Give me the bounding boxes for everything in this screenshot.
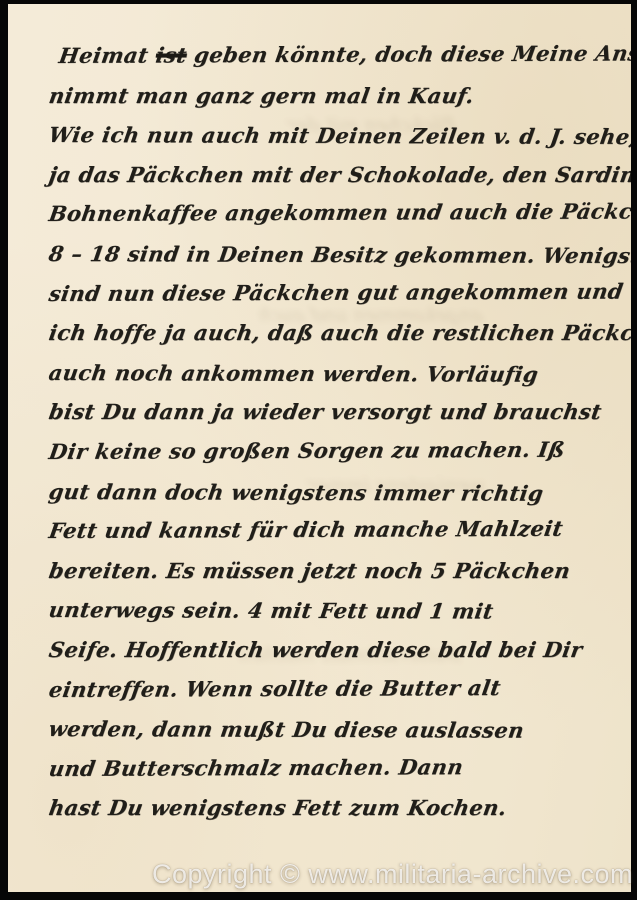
scanned-letter-page: { "document": { "kind": "handwritten-let… bbox=[0, 0, 637, 900]
letter-body: Heimat ist geben könnte, doch diese Mein… bbox=[8, 4, 631, 892]
handwritten-text: Heimat bbox=[57, 43, 158, 68]
handwritten-line: bist Du dann ja wieder versorgt und brau… bbox=[46, 392, 623, 432]
handwritten-line: auch noch ankommen werden. Vorläufig bbox=[46, 353, 622, 395]
struck-out-word: ist bbox=[154, 42, 189, 67]
handwritten-text: 8 – 18 sind in Deinen Besitz gekommen. W… bbox=[47, 241, 631, 268]
handwritten-text: nimmt man ganz gern mal in Kauf. bbox=[47, 83, 476, 108]
handwritten-text: bereiten. Es müssen jetzt noch 5 Päckche… bbox=[47, 558, 572, 583]
letter-paper: Päckchen mit der angekommen und auch wen… bbox=[8, 4, 631, 892]
handwritten-line: Wie ich nun auch mit Deinen Zeilen v. d.… bbox=[46, 115, 622, 157]
handwritten-text: gut dann doch wenigstens immer richtig bbox=[47, 479, 545, 506]
handwritten-line: Seife. Hoffentlich werden diese bald bei… bbox=[46, 630, 623, 670]
handwritten-text: ich hoffe ja auch, daß auch die restlich… bbox=[47, 320, 631, 345]
handwritten-line: ja das Päckchen mit der Schokolade, den … bbox=[46, 155, 623, 195]
handwritten-line: eintreffen. Wenn sollte die Butter alt bbox=[46, 667, 623, 709]
handwritten-text: unterwegs sein. 4 mit Fett und 1 mit bbox=[47, 597, 495, 624]
handwritten-line: nimmt man ganz gern mal in Kauf. bbox=[46, 76, 623, 116]
handwritten-text: sind nun diese Päckchen gut angekommen u… bbox=[47, 278, 625, 306]
handwritten-line: 8 – 18 sind in Deinen Besitz gekommen. W… bbox=[46, 234, 622, 276]
handwritten-line: Dir keine so großen Sorgen zu machen. Iß bbox=[46, 429, 623, 471]
handwritten-text: und Butterschmalz machen. Dann bbox=[47, 754, 465, 781]
handwritten-line: hast Du wenigstens Fett zum Kochen. bbox=[46, 788, 623, 828]
handwritten-line: unterwegs sein. 4 mit Fett und 1 mit bbox=[46, 590, 622, 632]
handwritten-line: Heimat ist geben könnte, doch diese Mein… bbox=[46, 34, 623, 76]
handwritten-text: geben könnte, doch diese Meine Ansicht bbox=[185, 40, 631, 67]
handwritten-text: Dir keine so großen Sorgen zu machen. Iß bbox=[47, 437, 567, 464]
handwritten-text: werden, dann mußt Du diese auslassen bbox=[47, 716, 526, 743]
handwritten-line: Bohnenkaffee angekommen und auch die Päc… bbox=[46, 192, 623, 234]
handwritten-text: Bohnenkaffee angekommen und auch die Päc… bbox=[47, 199, 631, 227]
handwritten-line: und Butterschmalz machen. Dann bbox=[46, 746, 623, 788]
handwritten-line: Fett und kannst für dich manche Mahlzeit bbox=[46, 509, 623, 551]
handwritten-text: Seife. Hoffentlich werden diese bald bei… bbox=[47, 637, 584, 662]
handwritten-text: bist Du dann ja wieder versorgt und brau… bbox=[47, 399, 603, 424]
handwritten-text: ja das Päckchen mit der Schokolade, den … bbox=[47, 162, 631, 187]
handwritten-text: Fett und kannst für dich manche Mahlzeit bbox=[47, 516, 565, 543]
handwritten-line: werden, dann mußt Du diese auslassen bbox=[46, 709, 622, 751]
handwritten-line: ich hoffe ja auch, daß auch die restlich… bbox=[46, 313, 623, 353]
handwritten-text: hast Du wenigstens Fett zum Kochen. bbox=[47, 795, 508, 820]
handwritten-text: Wie ich nun auch mit Deinen Zeilen v. d.… bbox=[47, 122, 631, 149]
handwritten-text: eintreffen. Wenn sollte die Butter alt bbox=[47, 675, 502, 702]
handwritten-line: bereiten. Es müssen jetzt noch 5 Päckche… bbox=[46, 551, 623, 591]
handwritten-line: sind nun diese Päckchen gut angekommen u… bbox=[46, 271, 623, 313]
handwritten-text: auch noch ankommen werden. Vorläufig bbox=[47, 360, 540, 387]
handwritten-line: gut dann doch wenigstens immer richtig bbox=[46, 472, 622, 514]
